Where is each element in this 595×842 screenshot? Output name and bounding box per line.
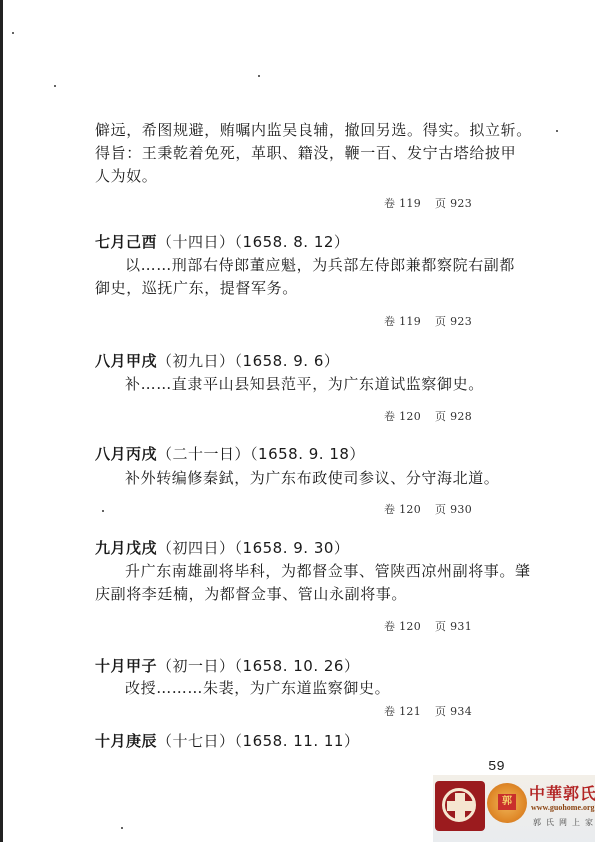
text-line: 升广东南雄副将毕科，为都督佥事、管陕西凉州副将事。肇	[95, 560, 550, 583]
entry-heading: 八月丙戌（二十一日）（1658. 9. 18）	[95, 444, 365, 464]
citation: 卷 119页 923	[384, 197, 472, 211]
entry-date: （1658. 9. 30）	[235, 539, 350, 557]
entry-day: （二十一日）	[157, 445, 250, 463]
citation-volume: 卷 121	[384, 705, 421, 718]
citation-volume: 卷 119	[384, 197, 421, 210]
watermark-url: www.guohome.org	[531, 803, 595, 812]
page-number: 59	[488, 759, 505, 775]
entry-heading: 十月甲子（初一日）（1658. 10. 26）	[95, 656, 359, 676]
entry-ganzhi: 八月丙戌	[95, 445, 157, 463]
text-line: 僻远，希图规避，贿嘱内监吴良辅，撤回另选。得实。拟立斩。	[95, 119, 550, 142]
citation-volume: 卷 120	[384, 503, 421, 516]
medal-char: 郭	[498, 794, 516, 810]
entry-ganzhi: 十月庚辰	[95, 732, 157, 750]
citation: 卷 120页 930	[384, 503, 472, 517]
text-line: 人为奴。	[95, 165, 550, 188]
text-line: 补外转编修秦鉽，为广东布政使司参议、分守海北道。	[95, 467, 550, 490]
text-line: 得旨：王秉乾着免死，革职、籍没，鞭一百、发宁古塔给披甲	[95, 142, 550, 165]
scan-edge-line	[0, 0, 3, 842]
citation-page: 页 931	[435, 620, 472, 633]
citation: 卷 121页 934	[384, 705, 472, 719]
entry-day: （初九日）	[157, 352, 235, 370]
entry-date: （1658. 9. 6）	[235, 352, 340, 370]
entry-ganzhi: 九月戊戌	[95, 539, 157, 557]
citation-volume: 卷 120	[384, 620, 421, 633]
seal-icon	[435, 781, 485, 831]
text-line: 庆副将李廷楠，为都督佥事、管山永副将事。	[95, 583, 550, 606]
citation-page: 页 923	[435, 315, 472, 328]
scan-speck	[12, 32, 14, 34]
entry-date: （1658. 8. 12）	[235, 233, 350, 251]
entry-body: 补外转编修秦鉽，为广东布政使司参议、分守海北道。	[95, 467, 550, 490]
scan-speck	[556, 130, 558, 132]
entry-heading: 十月庚辰（十七日）（1658. 11. 11）	[95, 731, 359, 751]
citation: 卷 120页 931	[384, 620, 472, 634]
entry-body: 升广东南雄副将毕科，为都督佥事、管陕西凉州副将事。肇 庆副将李廷楠，为都督佥事、…	[95, 560, 550, 606]
citation-page: 页 928	[435, 410, 472, 423]
scan-speck	[54, 85, 56, 87]
watermark-brand: 中華郭氏網	[529, 781, 595, 804]
medal-icon: 郭	[487, 783, 527, 823]
scan-speck	[121, 827, 123, 829]
entry-body: 补……直隶平山县知县范平，为广东道试监察御史。	[95, 373, 550, 396]
text-line: 以……刑部右侍郎董应魁，为兵部左侍郎兼都察院右副都	[95, 254, 550, 277]
citation-volume: 卷 120	[384, 410, 421, 423]
citation-page: 页 930	[435, 503, 472, 516]
scan-speck	[258, 75, 260, 77]
citation-page: 页 934	[435, 705, 472, 718]
entry-heading: 七月己酉（十四日）（1658. 8. 12）	[95, 232, 349, 252]
text-line: 改授………朱裴，为广东道监察御史。	[95, 677, 550, 700]
entry-body: 以……刑部右侍郎董应魁，为兵部左侍郎兼都察院右副都 御史，巡抚广东，提督军务。	[95, 254, 550, 300]
entry-body: 改授………朱裴，为广东道监察御史。	[95, 677, 550, 700]
citation: 卷 120页 928	[384, 410, 472, 424]
watermark-slogan: 郭氏网上家园	[533, 817, 595, 828]
entry-day: （十四日）	[157, 233, 235, 251]
entry-date: （1658. 9. 18）	[250, 445, 365, 463]
citation-volume: 卷 119	[384, 315, 421, 328]
citation: 卷 119页 923	[384, 315, 472, 329]
entry-date: （1658. 11. 11）	[235, 732, 360, 750]
entry-date: （1658. 10. 26）	[235, 657, 360, 675]
entry-heading: 九月戊戌（初四日）（1658. 9. 30）	[95, 538, 349, 558]
citation-page: 页 923	[435, 197, 472, 210]
continued-paragraph: 僻远，希图规避，贿嘱内监吴良辅，撤回另选。得实。拟立斩。 得旨：王秉乾着免死，革…	[95, 119, 550, 188]
scan-speck	[102, 510, 104, 512]
entry-day: （初一日）	[157, 657, 235, 675]
entry-ganzhi: 八月甲戌	[95, 352, 157, 370]
entry-day: （十七日）	[157, 732, 235, 750]
text-line: 御史，巡抚广东，提督军务。	[95, 277, 550, 300]
watermark-logo: 郭 中華郭氏網 www.guohome.org 郭氏网上家园	[433, 775, 595, 842]
entry-heading: 八月甲戌（初九日）（1658. 9. 6）	[95, 351, 339, 371]
entry-day: （初四日）	[157, 539, 235, 557]
text-line: 补……直隶平山县知县范平，为广东道试监察御史。	[95, 373, 550, 396]
entry-ganzhi: 十月甲子	[95, 657, 157, 675]
entry-ganzhi: 七月己酉	[95, 233, 157, 251]
